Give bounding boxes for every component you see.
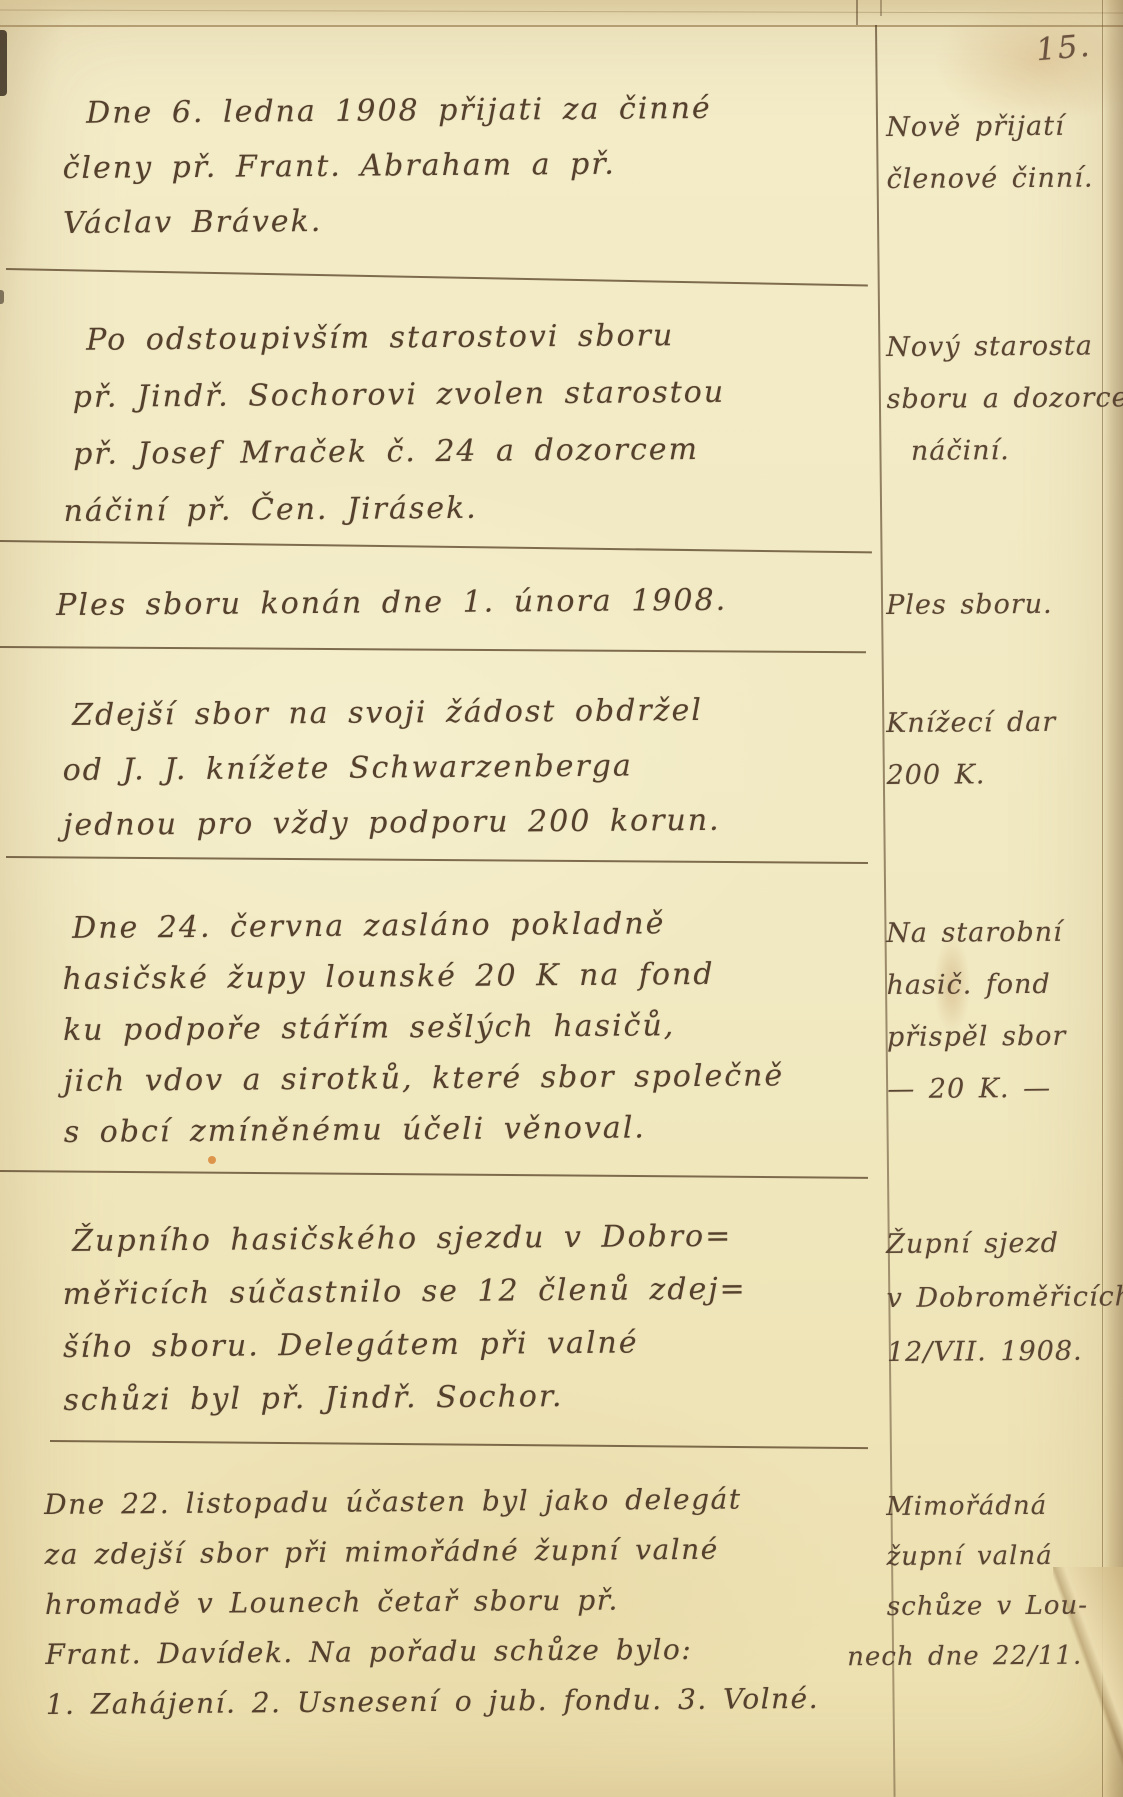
entry-margin-note: Mimořádná župní valná schůze v Lou- nech… — [886, 1480, 1123, 1682]
entry-main-line: hromadě v Lounech četař sboru př. — [45, 1574, 819, 1630]
margin-note-line: schůze v Lou- — [887, 1580, 1123, 1632]
margin-note-line: nech dne 22/11. — [847, 1630, 1123, 1682]
margin-note-line: Mimořádná — [886, 1480, 1123, 1532]
entry-main-line: za zdejší sbor při mimořádné župní valné — [44, 1524, 818, 1580]
margin-note-line: župní valná — [886, 1530, 1123, 1582]
ledger-entry: Dne 22. listopadu účasten byl jako deleg… — [0, 0, 1123, 1797]
entry-main-line: Frant. Davídek. Na pořadu schůze bylo: — [45, 1624, 819, 1680]
ledger-page: 15. Dne 6. ledna 1908 přijati za činné č… — [0, 0, 1123, 1797]
entry-main-line: 1. Zahájení. 2. Usnesení o jub. fondu. 3… — [46, 1674, 820, 1730]
entry-main-text: Dne 22. listopadu účasten byl jako deleg… — [44, 1474, 819, 1730]
entry-main-line: Dne 22. listopadu účasten byl jako deleg… — [44, 1474, 818, 1530]
